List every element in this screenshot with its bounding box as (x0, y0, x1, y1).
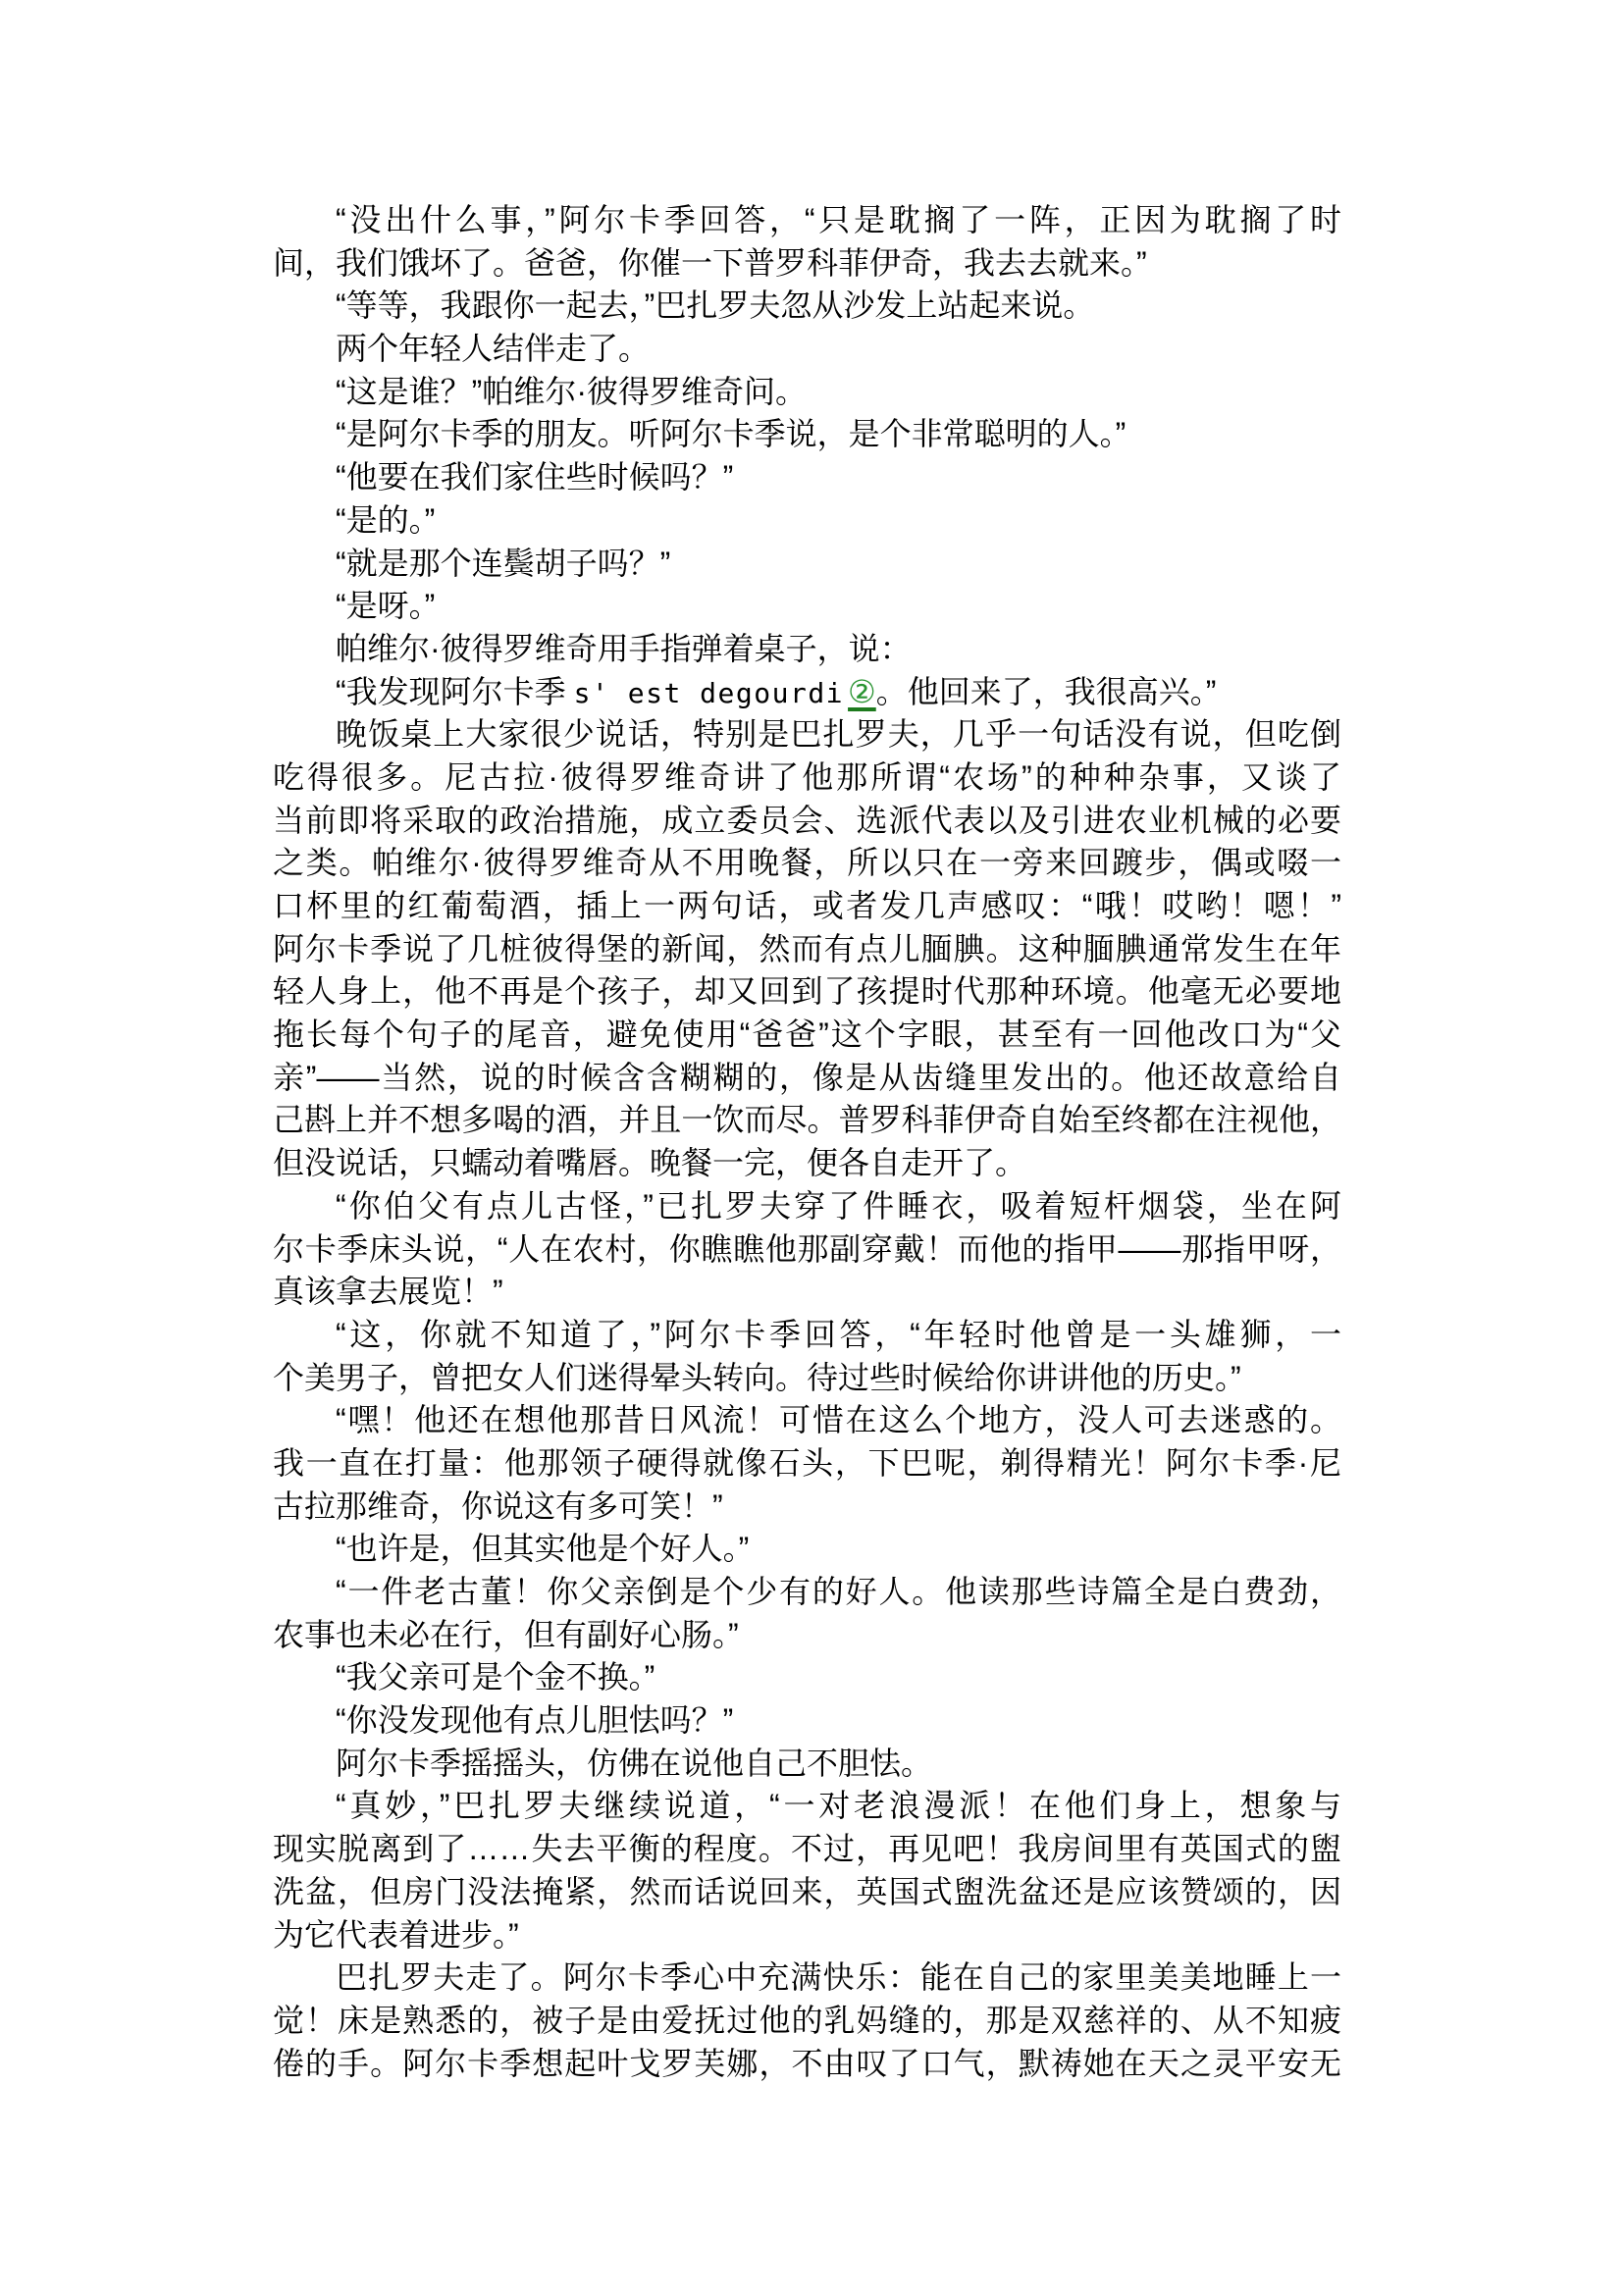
text-line: 个美男子，曾把女人们迷得晕头转向。待过些时候给你讲讲他的历史。” (273, 1357, 1341, 1400)
text-line: “是呀。” (273, 585, 1341, 628)
text-line: “就是那个连鬓胡子吗？” (273, 543, 1341, 586)
text-line: “也许是，但其实他是个好人。” (273, 1528, 1341, 1571)
text-line: 巴扎罗夫走了。阿尔卡季心中充满快乐：能在自己的家里美美地睡上一 (273, 1956, 1341, 2000)
text-line: 现实脱离到了……失去平衡的程度。不过，再见吧！我房间里有英国式的盥 (273, 1828, 1341, 1871)
text-line: 阿尔卡季说了几桩彼得堡的新闻，然而有点儿腼腆。这种腼腆通常发生在年 (273, 928, 1341, 971)
text-line: “一件老古董！你父亲倒是个少有的好人。他读那些诗篇全是白费劲， (273, 1571, 1341, 1614)
text-line: 轻人身上，他不再是个孩子，却又回到了孩提时代那种环境。他毫无必要地 (273, 970, 1341, 1014)
text-line: 之类。帕维尔·彼得罗维奇从不用晚餐，所以只在一旁来回踱步，偶或啜一 (273, 842, 1341, 885)
text-line: “我父亲可是个金不换。” (273, 1656, 1341, 1699)
text-line: “这是谁？”帕维尔·彼得罗维奇问。 (273, 371, 1341, 414)
text-line: 尔卡季床头说，“人在农村，你瞧瞧他那副穿戴！而他的指甲——那指甲呀， (273, 1228, 1341, 1272)
footnote-ref-2-link[interactable]: ② (848, 674, 876, 709)
text-line: “是阿尔卡季的朋友。听阿尔卡季说，是个非常聪明的人。” (273, 413, 1341, 456)
text-line: 两个年轻人结伴走了。 (273, 328, 1341, 371)
text-line: 口杯里的红葡萄酒，插上一两句话，或者发几声感叹：“哦！哎哟！嗯！” (273, 885, 1341, 928)
document-page: { "page": { "background_color": "#ffffff… (0, 0, 1624, 2294)
text-line: 帕维尔·彼得罗维奇用手指弹着桌子，说： (273, 628, 1341, 671)
text-line: “他要在我们家住些时候吗？” (273, 456, 1341, 499)
text-line: 真该拿去展览！” (273, 1271, 1341, 1314)
text-line: “你伯父有点儿古怪，”已扎罗夫穿了件睡衣，吸着短杆烟袋，坐在阿 (273, 1185, 1341, 1228)
text-line: “没出什么事，”阿尔卡季回答，“只是耽搁了一阵，正因为耽搁了时 (273, 199, 1341, 242)
text-line: “是的。” (273, 499, 1341, 543)
text-line: “等等，我跟你一起去，”巴扎罗夫忽从沙发上站起来说。 (273, 285, 1341, 328)
text-line: “这，你就不知道了，”阿尔卡季回答，“年轻时他曾是一头雄狮，一 (273, 1314, 1341, 1357)
text-segment: “我发现阿尔卡季 (336, 674, 566, 709)
text-line: 吃得很多。尼古拉·彼得罗维奇讲了他那所谓“农场”的种种杂事，又谈了 (273, 756, 1341, 800)
text-line: 己斟上并不想多喝的酒，并且一饮而尽。普罗科菲伊奇自始至终都在注视他， (273, 1099, 1341, 1142)
text-line: 为它代表着进步。” (273, 1914, 1341, 1957)
latin-phrase: s' est degourdi (574, 677, 844, 709)
text-line: 倦的手。阿尔卡季想起叶戈罗芙娜，不由叹了口气，默祷她在天之灵平安无 (273, 2043, 1341, 2086)
text-line: 间，我们饿坏了。爸爸，你催一下普罗科菲伊奇，我去去就来。” (273, 242, 1341, 286)
text-segment: 。他回来了，我很高兴。” (876, 674, 1217, 709)
text-line: “你没发现他有点儿胆怯吗？” (273, 1699, 1341, 1743)
text-line: 晚饭桌上大家很少说话，特别是巴扎罗夫，几乎一句话没有说，但吃倒 (273, 713, 1341, 756)
text-line: 农事也未必在行，但有副好心肠。” (273, 1614, 1341, 1657)
text-line: 觉！床是熟悉的，被子是由爱抚过他的乳妈缝的，那是双慈祥的、从不知疲 (273, 2000, 1341, 2043)
text-line: 我一直在打量：他那领子硬得就像石头，下巴呢，剃得精光！阿尔卡季·尼 (273, 1442, 1341, 1486)
text-line: “真妙，”巴扎罗夫继续说道，“一对老浪漫派！在他们身上，想象与 (273, 1785, 1341, 1828)
text-line: 阿尔卡季摇摇头，仿佛在说他自己不胆怯。 (273, 1743, 1341, 1786)
text-line: 当前即将采取的政治措施，成立委员会、选派代表以及引进农业机械的必要 (273, 800, 1341, 843)
text-line: “我发现阿尔卡季s' est degourdi②。他回来了，我很高兴。” (273, 671, 1341, 714)
text-block: “没出什么事，”阿尔卡季回答，“只是耽搁了一阵，正因为耽搁了时间，我们饿坏了。爸… (273, 199, 1341, 2085)
text-line: 洗盆，但房门没法掩紧，然而话说回来，英国式盥洗盆还是应该赞颂的，因 (273, 1871, 1341, 1914)
text-line: 古拉那维奇，你说这有多可笑！” (273, 1486, 1341, 1529)
text-line: “嘿！他还在想他那昔日风流！可惜在这么个地方，没人可去迷惑的。 (273, 1399, 1341, 1442)
text-line: 拖长每个句子的尾音，避免使用“爸爸”这个字眼，甚至有一回他改口为“父 (273, 1014, 1341, 1057)
text-line: 亲”——当然，说的时候含含糊糊的，像是从齿缝里发出的。他还故意给自 (273, 1057, 1341, 1100)
text-line: 但没说话，只蠕动着嘴唇。晚餐一完，便各自走开了。 (273, 1142, 1341, 1185)
